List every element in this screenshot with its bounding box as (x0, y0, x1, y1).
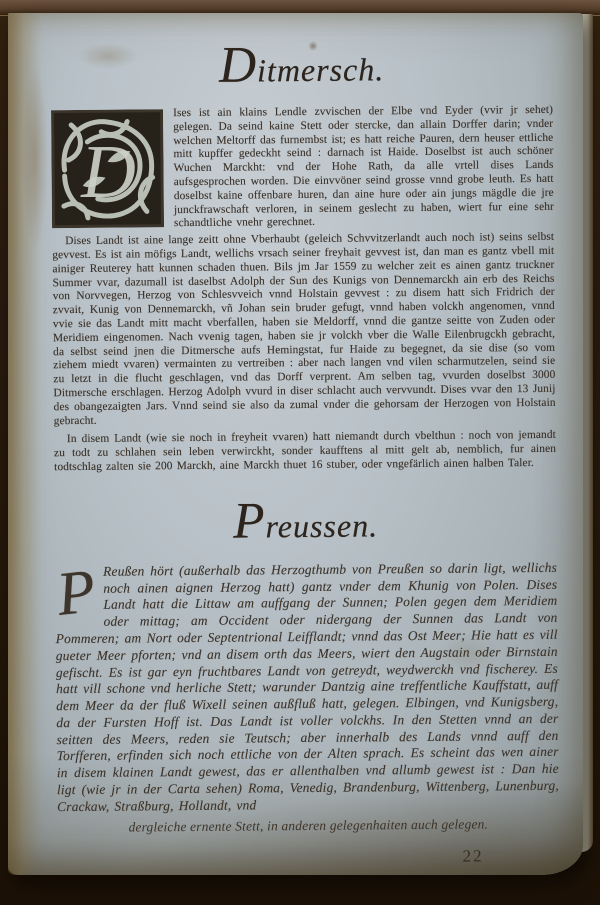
book-page: Ditmersch. (8, 13, 583, 875)
woodcut-letter: D (80, 129, 137, 213)
paragraph-ditmersch-3: In disem Landt (wie sie noch in freyheit… (54, 429, 556, 475)
stain-mark (22, 63, 48, 253)
woodcut-initial-icon: D (51, 109, 164, 228)
paragraph-text: Ises ist ain klains Lendle zvvischen der… (173, 104, 554, 230)
woodcut-initial-svg: D (51, 109, 164, 228)
paragraph-text: Reußen hört (außerhalb das Herzogthumb v… (56, 560, 559, 815)
paragraph-preussen: P Reußen hört (außerhalb das Herzogthumb… (55, 560, 559, 816)
page-number: 22 (57, 845, 559, 869)
section-title-ditmersch: Ditmersch. (50, 33, 552, 96)
page-content: Ditmersch. (50, 27, 559, 870)
paragraph-ditmersch-2: Dises Landt ist aine lange zeitt ohne Vb… (52, 231, 556, 429)
photo-background: Ditmersch. (0, 0, 600, 905)
section-title-preussen: Preussen. (54, 489, 556, 552)
paragraph-preussen-closing: dergleiche ernente Stett, in anderen gel… (57, 814, 559, 835)
paragraph-ditmersch-1: D Ises ist ain klains Lendle zvvischen d… (51, 104, 554, 233)
swash-initial-letter: P (55, 566, 98, 620)
